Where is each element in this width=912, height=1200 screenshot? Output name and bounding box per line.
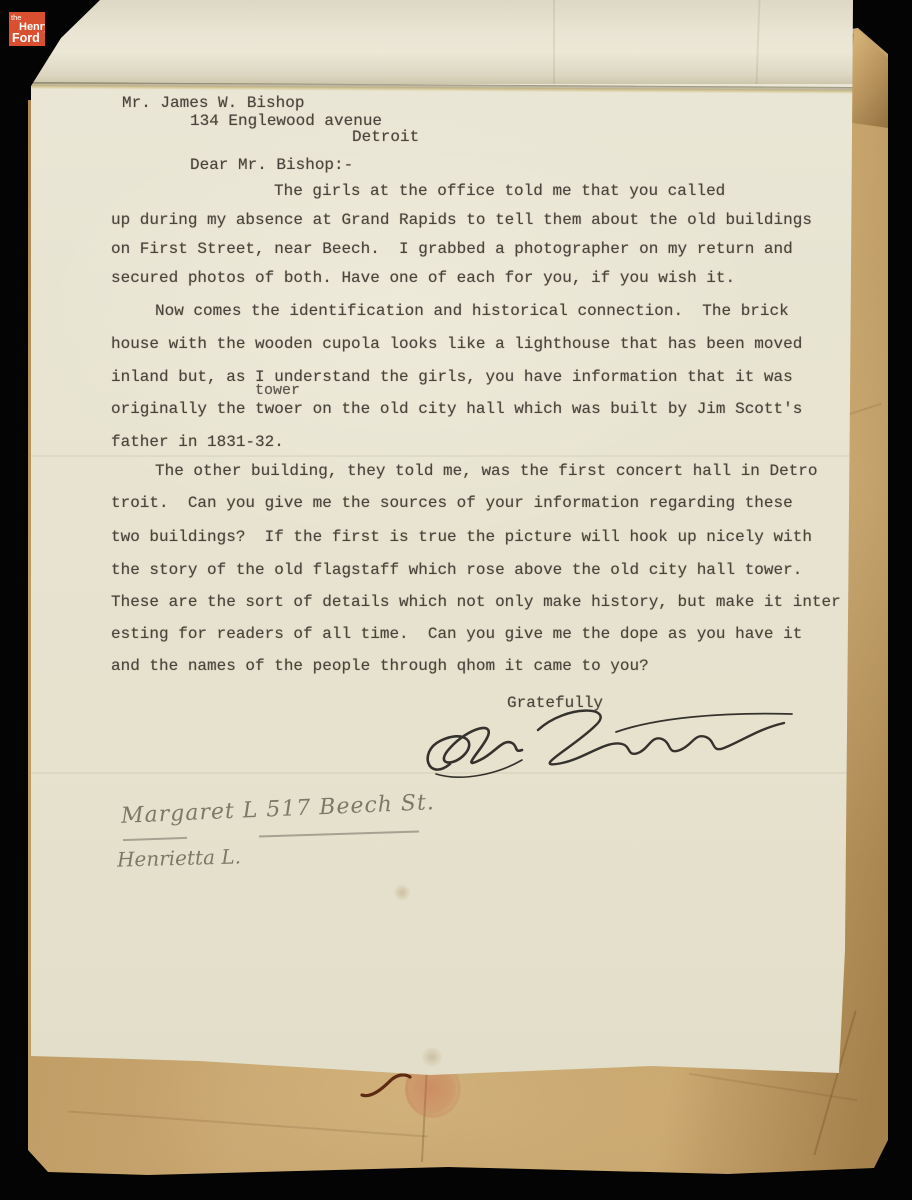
signature bbox=[410, 702, 800, 794]
paper-crease bbox=[31, 455, 853, 457]
letter-line: The other building, they told me, was th… bbox=[155, 462, 818, 480]
letter-line: troit. Can you give me the sources of yo… bbox=[111, 494, 793, 512]
recipient-name-line: Mr. James W. Bishop bbox=[122, 94, 304, 112]
flap-crease bbox=[553, 0, 555, 84]
letter-line: secured photos of both. Have one of each… bbox=[111, 269, 735, 287]
letter-line: father in 1831-32. bbox=[111, 433, 284, 451]
letter-line: house with the wooden cupola looks like … bbox=[111, 335, 802, 353]
letter-page: Mr. James W. Bishop 134 Englewood avenue… bbox=[31, 0, 853, 1078]
paper-stain bbox=[393, 884, 411, 901]
letter-line: the story of the old flagstaff which ros… bbox=[111, 561, 802, 579]
letter-line: originally the twoer on the old city hal… bbox=[111, 400, 802, 418]
flap-crease bbox=[756, 0, 761, 84]
pencil-annotation: Margaret L 517 Beech St. bbox=[121, 790, 436, 829]
letter-line: up during my absence at Grand Rapids to … bbox=[111, 211, 812, 229]
envelope-crease bbox=[849, 403, 882, 415]
letter-line: inland but, as I understand the girls, y… bbox=[111, 368, 793, 386]
envelope-crease bbox=[68, 1110, 427, 1137]
henry-ford-logo: the Henry Ford bbox=[9, 12, 45, 46]
letter-line: and the names of the people through qhom… bbox=[111, 657, 649, 675]
letter-line: The girls at the office told me that you… bbox=[274, 182, 725, 200]
page-fold-flap bbox=[31, 0, 853, 84]
letter-line: These are the sort of details which not … bbox=[111, 593, 841, 611]
letter-line: Now comes the identification and histori… bbox=[155, 302, 789, 320]
letter-line: two buildings? If the first is true the … bbox=[111, 528, 812, 546]
pencil-annotation: Henrietta L. bbox=[117, 844, 242, 871]
letter-line: esting for readers of all time. Can you … bbox=[111, 625, 802, 643]
recipient-city-line: Detroit bbox=[352, 128, 419, 146]
logo-word-ford: Ford bbox=[12, 32, 45, 44]
typed-correction-word: tower bbox=[255, 382, 300, 400]
letter-line: on First Street, near Beech. I grabbed a… bbox=[111, 240, 793, 258]
archival-letter-scan: Mr. James W. Bishop 134 Englewood avenue… bbox=[0, 0, 912, 1200]
pencil-underline bbox=[123, 837, 187, 841]
paper-stain bbox=[421, 1046, 443, 1068]
salutation-line: Dear Mr. Bishop:- bbox=[190, 156, 353, 174]
pencil-underline bbox=[259, 830, 419, 837]
